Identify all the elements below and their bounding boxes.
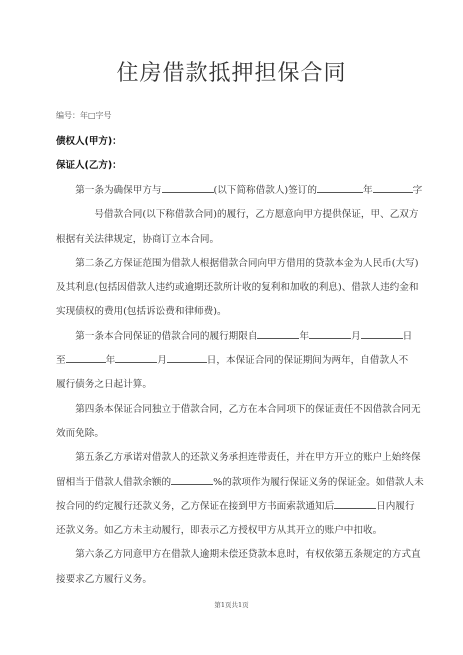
clause-line: 第一条本合同保证的借款合同的履行期限自年月日 bbox=[56, 325, 408, 349]
clause-line: 至年月日，本保证合同的保证期间为两年，自借款人不 bbox=[56, 349, 408, 373]
clause-article-5: 第五条乙方承诺对借款人的还款义务承担连带责任，并在甲方开立的账户上始终保 留相当… bbox=[56, 446, 408, 543]
clause-line: 接要求乙方履行义务。 bbox=[56, 568, 408, 592]
blank-field[interactable] bbox=[257, 328, 299, 339]
clause-line: 第五条乙方承诺对借款人的还款义务承担连带责任，并在甲方开立的账户上始终保 bbox=[56, 446, 408, 470]
blank-field[interactable] bbox=[171, 474, 213, 485]
document-page: 住房借款抵押担保合同 编号：年□字号 债权人(甲方)： 保证人(乙方)： 第一条… bbox=[0, 0, 463, 655]
blank-field[interactable] bbox=[309, 328, 351, 339]
clause-article-4: 第四条本保证合同独立于借款合同，乙方在本合同项下的保证责任不因借款合同无 效而免… bbox=[56, 398, 408, 447]
clause-article-1: 第一条为确保甲方与(以下简称借款人)签订的年字 号借款合同(以下称借款合同)的履… bbox=[56, 179, 408, 252]
clause-line: 第一条为确保甲方与(以下简称借款人)签订的年字 bbox=[56, 179, 408, 203]
blank-field[interactable] bbox=[167, 352, 207, 363]
clause-line: 履行债务之日起计算。 bbox=[56, 373, 408, 397]
clause-line: 第二条乙方保证范围为借款人根据借款合同向甲方借用的贷款本金为人民币(大写) bbox=[56, 252, 408, 276]
guarantor-label: 保证人(乙方)： bbox=[56, 157, 122, 171]
clause-line: 还款义务。如乙方未主动履行，即表示乙方授权甲方从其开立的账户中扣收。 bbox=[56, 519, 408, 543]
clause-line: 及其利息(包括因借款人违约或逾期还款所计收的复利和加收的利息)、借款人违约金和 bbox=[56, 276, 408, 300]
clause-article-3: 第一条本合同保证的借款合同的履行期限自年月日 至年月日，本保证合同的保证期间为两… bbox=[56, 325, 408, 398]
clause-line: 实现债权的费用(包括诉讼费和律师费)。 bbox=[56, 300, 408, 324]
clause-line: 根据有关法律规定，协商订立本合同。 bbox=[56, 228, 408, 252]
blank-field[interactable] bbox=[373, 182, 413, 193]
clause-article-2: 第二条乙方保证范围为借款人根据借款合同向甲方借用的贷款本金为人民币(大写) 及其… bbox=[56, 252, 408, 325]
blank-field[interactable] bbox=[317, 182, 363, 193]
document-number: 编号：年□字号 bbox=[56, 110, 112, 121]
blank-field[interactable] bbox=[334, 498, 376, 509]
clause-line: 号借款合同(以下称借款合同)的履行，乙方愿意向甲方提供保证，甲、乙双方 bbox=[56, 203, 408, 227]
clause-line: 效而免除。 bbox=[56, 422, 408, 446]
blank-field[interactable] bbox=[66, 352, 106, 363]
blank-field[interactable] bbox=[162, 182, 214, 193]
page-footer: 第1页共1页 bbox=[0, 600, 463, 609]
clause-line: 第六条乙方同意甲方在借款人逾期未偿还贷款本息时，有权依第五条规定的方式直 bbox=[56, 543, 408, 567]
blank-field[interactable] bbox=[115, 352, 157, 363]
clause-line: 第四条本保证合同独立于借款合同，乙方在本合同项下的保证责任不因借款合同无 bbox=[56, 398, 408, 422]
clause-line: 留相当于借款人借款余额的%的款项作为履行保证义务的保证金。如借款人未 bbox=[56, 471, 408, 495]
blank-field[interactable] bbox=[361, 328, 403, 339]
document-title: 住房借款抵押担保合同 bbox=[0, 56, 463, 87]
contract-body: 第一条为确保甲方与(以下简称借款人)签订的年字 号借款合同(以下称借款合同)的履… bbox=[56, 179, 408, 592]
creditor-label: 债权人(甲方)： bbox=[56, 133, 122, 147]
clause-line: 按合同的约定履行还款义务，乙方保证在接到甲方书面索款通知后日内履行 bbox=[56, 495, 408, 519]
clause-article-6: 第六条乙方同意甲方在借款人逾期未偿还贷款本息时，有权依第五条规定的方式直 接要求… bbox=[56, 543, 408, 592]
